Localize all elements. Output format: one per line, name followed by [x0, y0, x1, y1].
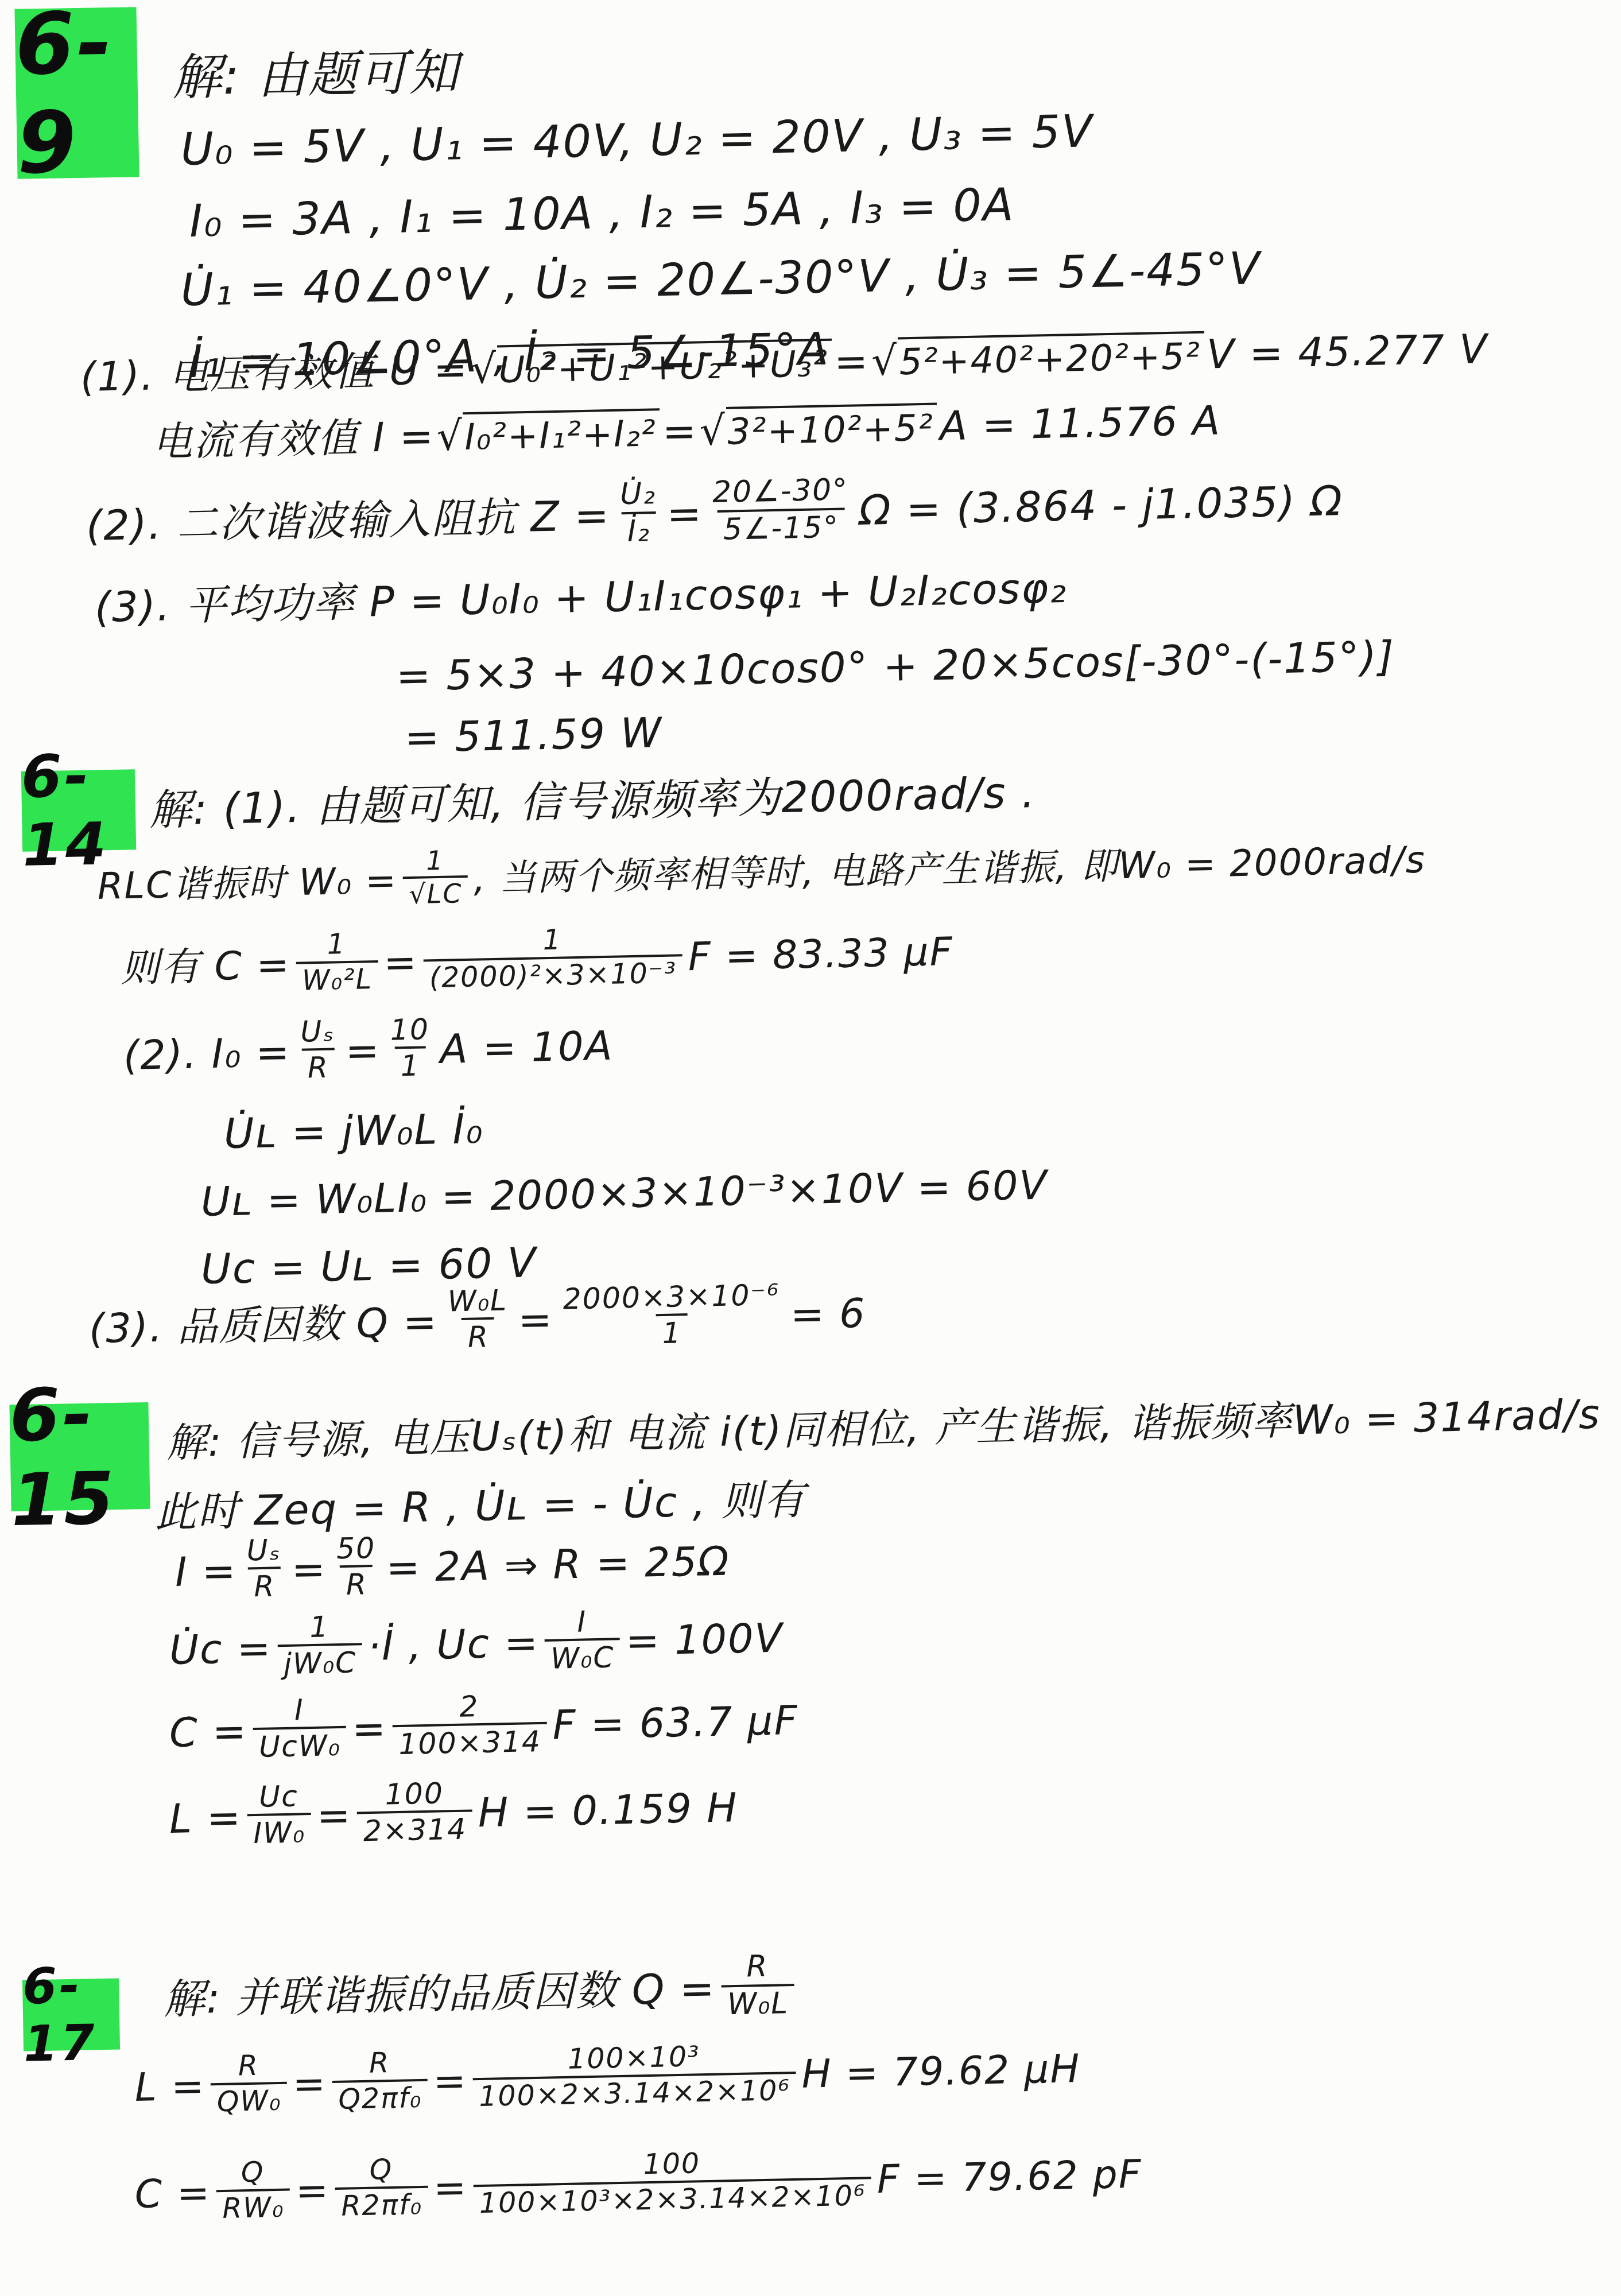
radical-sign: √ — [871, 336, 898, 385]
problem-label-6-15: 6-15 — [9, 1371, 150, 1542]
problem-tag-6-14: 6-14 — [21, 769, 136, 851]
fraction-numerator: 2 — [455, 1689, 484, 1724]
text-run: = — [433, 2058, 468, 2106]
fraction-numerator: 1 — [421, 845, 449, 876]
text-run: Ω = (3.864 - j1.035) Ω — [859, 476, 1344, 535]
fraction-numerator: 50 — [331, 1531, 380, 1566]
fraction: 2000×3×10⁻⁶1 — [558, 1278, 785, 1353]
fraction-numerator: 20∠-30° — [708, 472, 854, 510]
fraction-numerator: Q — [236, 2155, 269, 2189]
text-run: C = — [169, 1707, 247, 1757]
text-run: C = — [134, 2170, 211, 2219]
text-run: Uʟ = W₀LI₀ = 2000×3×10⁻³×10V = 60V — [200, 1161, 1048, 1226]
fraction-denominator: R — [301, 1048, 335, 1085]
fraction-denominator: W₀L — [722, 1984, 795, 2023]
fraction: 1√LC — [402, 844, 468, 910]
problem-tag-6-15: 6-15 — [9, 1402, 150, 1511]
fraction-denominator: QW₀ — [211, 2081, 288, 2118]
fraction-numerator: 1 — [305, 1609, 334, 1644]
text-run: 解: 信号源, 电压Uₛ(t)和 电流 i(t)同相位, 产生谐振, 谐振频率W… — [166, 1390, 1601, 1467]
p615-condition-line: 此时 Zeq = R , U̇ʟ = - U̇ᴄ , 则有 — [154, 1475, 806, 1537]
fraction-denominator: RW₀ — [216, 2188, 290, 2225]
radicand: 5²+40²+20²+5² — [898, 331, 1205, 384]
homework-page: 6-9 解: 由题可知 U₀ = 5V , U₁ = 40V, U₂ = 20V… — [0, 0, 1621, 2296]
fraction: UₛR — [242, 1533, 286, 1604]
fraction-denominator: 100×314 — [393, 1722, 548, 1762]
radicand: I₀²+I₁²+I₂² — [463, 408, 660, 459]
text-run: = 5×3 + 40×10cos0° + 20×5cos[-30°-(-15°)… — [395, 631, 1395, 701]
problem-label-6-9: 6-9 — [14, 0, 139, 193]
text-run: (1). 电压有效值 U = — [80, 345, 469, 401]
problem-tag-6-9: 6-9 — [14, 7, 139, 179]
square-root: √3²+10²+5² — [699, 402, 938, 455]
fraction: UₛR — [296, 1014, 340, 1085]
text-run: (3). 平均功率 P = U₀I₀ + U₁I₁cosφ₁ + U₂I₂cos… — [94, 563, 1068, 632]
square-root: √U₀²+U₁²+U₂²+U₃² — [470, 338, 832, 394]
fraction-denominator: 100×10³×2×3.14×2×10⁶ — [473, 2177, 872, 2220]
text-run: 解: (1). 由题可知, 信号源频率为2000rad/s . — [149, 767, 1036, 836]
p615-inductance-line: L = UᴄIW₀ = 1002×314 H = 0.159 H — [169, 1775, 739, 1857]
text-run: = 100V — [625, 1614, 784, 1665]
fraction: QR2πf₀ — [335, 2152, 429, 2223]
text-run: RLC谐振时 W₀ = — [97, 859, 397, 909]
p614-capacitance-line: 则有 C = 1W₀²L = 1(2000)²×3×10⁻³ F = 83.33… — [120, 920, 954, 1006]
fraction-denominator: (2000)²×3×10⁻³ — [423, 954, 682, 995]
fraction: 50R — [331, 1531, 381, 1603]
p69-intro-line: 解: 由题可知 — [172, 43, 460, 108]
fraction-numerator: R — [233, 2049, 263, 2083]
text-run: 解: 由题可知 — [172, 43, 460, 108]
fraction: 1jW₀C — [277, 1609, 363, 1681]
p69-u-values-line: U₀ = 5V , U₁ = 40V, U₂ = 20V , U₃ = 5V — [180, 105, 1093, 177]
fraction-denominator: R — [462, 1317, 495, 1355]
fraction-numerator: 10 — [385, 1012, 434, 1047]
text-run: ·İ , Uᴄ = — [367, 1619, 540, 1670]
fraction-denominator: 1 — [656, 1314, 688, 1351]
text-run: = — [666, 488, 703, 539]
p69-part1-current-rms-line: 电流有效值 I = √I₀²+I₁²+I₂² = √3²+10²+5² A = … — [152, 397, 1221, 466]
text-run: A = 10A — [440, 1021, 614, 1073]
p69-u-phasors-line: U̇₁ = 40∠0°V , U̇₂ = 20∠-30°V , U̇₃ = 5∠… — [180, 242, 1262, 317]
p614-ul-phasor-line: U̇ʟ = jW₀L İ₀ — [223, 1104, 484, 1158]
fraction: 1W₀²L — [295, 927, 378, 997]
text-run: F = 83.33 μF — [688, 929, 954, 981]
fraction-numerator: U̇₂ — [615, 476, 661, 513]
fraction-numerator: Uₛ — [242, 1533, 286, 1568]
text-run: V = 45.277 V — [1206, 325, 1488, 379]
text-run: 此时 Zeq = R , U̇ʟ = - U̇ᴄ , 则有 — [154, 1475, 806, 1537]
fraction-denominator: 1 — [394, 1046, 426, 1084]
text-run: = — [351, 1704, 387, 1753]
text-run: I₀ = 3A , I₁ = 10A , I₂ = 5A , I₃ = 0A — [189, 179, 1015, 249]
fraction-denominator: 2×314 — [357, 1810, 473, 1848]
text-run: H = 0.159 H — [478, 1783, 739, 1837]
p617-inductance-line: L = RQW₀ = RQ2πf₀ = 100×10³100×2×3.14×2×… — [134, 2037, 1081, 2125]
p614-part3-q-factor-line: (3). 品质因数 Q = W₀LR = 2000×3×10⁻⁶1 = 6 — [88, 1281, 867, 1367]
fraction-denominator: 100×2×3.14×2×10⁶ — [473, 2072, 797, 2113]
fraction-numerator: I — [289, 1693, 309, 1727]
text-run: (3). 品质因数 Q = — [88, 1297, 438, 1352]
fraction-numerator: I — [572, 1604, 592, 1639]
radical-sign: √ — [470, 344, 498, 393]
fraction-numerator: 100 — [380, 1776, 448, 1812]
p69-part3-result-line: = 511.59 W — [404, 708, 663, 762]
text-run: = — [291, 1545, 327, 1593]
text-run: A = 11.576 A — [939, 397, 1221, 451]
text-run: H = 79.62 μH — [801, 2046, 1081, 2098]
fraction-numerator: 1 — [538, 923, 567, 957]
problem-tag-6-17: 6-17 — [22, 1979, 120, 2051]
fraction-denominator: 5∠-15° — [717, 508, 845, 548]
fraction-denominator: W₀C — [545, 1638, 621, 1676]
p615-capacitance-line: C = IUᴄW₀ = 2100×314 F = 63.7 μF — [169, 1688, 799, 1771]
fraction: QRW₀ — [216, 2155, 290, 2225]
radical-sign: √ — [699, 406, 727, 455]
fraction-numerator: Uᴄ — [254, 1779, 304, 1814]
fraction-numerator: 1 — [322, 928, 351, 961]
text-run: = 511.59 W — [404, 708, 663, 762]
fraction-numerator: Q — [364, 2153, 398, 2187]
text-run: L = — [169, 1793, 242, 1843]
fraction-numerator: 2000×3×10⁻⁶ — [558, 1278, 785, 1316]
fraction: 1(2000)²×3×10⁻³ — [422, 921, 683, 995]
p614-rlc-resonance-line: RLC谐振时 W₀ = 1√LC , 当两个频率相等时, 电路产生谐振, 即W₀… — [97, 830, 1426, 921]
text-run: I = — [174, 1546, 237, 1596]
text-run: = — [345, 1026, 381, 1075]
p617-capacitance-line: C = QRW₀ = QR2πf₀ = 100100×10³×2×3.14×2×… — [134, 2143, 1143, 2232]
fraction: RQW₀ — [210, 2049, 288, 2119]
fraction-denominator: UᴄW₀ — [253, 1726, 347, 1764]
fraction-denominator: √LC — [403, 875, 468, 910]
text-run: = 2A ⇒ R = 25Ω — [386, 1537, 730, 1592]
text-run: , 当两个频率相等时, 电路产生谐振, 即W₀ = 2000rad/s — [473, 838, 1426, 901]
p69-part2-impedance-line: (2). 二次谐波输入阻抗 Z = U̇₂İ₂ = 20∠-30°5∠-15° … — [86, 467, 1344, 565]
p69-part3-calc-line: = 5×3 + 40×10cos0° + 20×5cos[-30°-(-15°)… — [395, 631, 1395, 701]
text-run: = — [833, 337, 869, 386]
p69-part3-power-line: (3). 平均功率 P = U₀I₀ + U₁I₁cosφ₁ + U₂I₂cos… — [94, 563, 1068, 632]
radical-sign: √ — [436, 412, 464, 460]
p614-ul-value-line: Uʟ = W₀LI₀ = 2000×3×10⁻³×10V = 60V — [200, 1161, 1048, 1226]
p614-header-line: 解: (1). 由题可知, 信号源频率为2000rad/s . — [149, 767, 1036, 836]
p615-uc-phasor-line: U̇ᴄ = 1jW₀C·İ , Uᴄ = IW₀C = 100V — [169, 1605, 784, 1688]
fraction-numerator: R — [742, 1949, 773, 1985]
fraction: 20∠-30°5∠-15° — [708, 472, 854, 548]
text-run: L = — [134, 2064, 205, 2112]
fraction-numerator: Uₛ — [296, 1014, 340, 1049]
p614-part2-current-line: (2). I₀ = UₛR = 101 A = 10A — [123, 1013, 614, 1093]
text-run: (2). I₀ = — [123, 1028, 291, 1080]
text-run: = — [295, 2168, 330, 2216]
fraction-denominator: R — [340, 1565, 373, 1603]
text-run: U̇ᴄ = — [169, 1624, 272, 1674]
fraction: 100×10³100×2×3.14×2×10⁶ — [472, 2038, 797, 2113]
fraction: RW₀L — [720, 1949, 794, 2023]
fraction-denominator: R — [248, 1567, 281, 1604]
fraction-numerator: R — [364, 2046, 395, 2080]
text-run: (2). 二次谐波输入阻抗 Z = — [86, 490, 611, 550]
text-run: U̇₁ = 40∠0°V , U̇₂ = 20∠-30°V , U̇₃ = 5∠… — [180, 242, 1262, 317]
fraction-denominator: IW₀ — [247, 1813, 312, 1851]
radicand: U₀²+U₁²+U₂²+U₃² — [497, 339, 832, 392]
text-run: = 6 — [790, 1289, 866, 1339]
text-run: U̇ʟ = jW₀L İ₀ — [223, 1104, 484, 1158]
fraction-denominator: R2πf₀ — [335, 2186, 429, 2223]
p69-i-values-line: I₀ = 3A , I₁ = 10A , I₂ = 5A , I₃ = 0A — [189, 179, 1015, 249]
text-run: F = 63.7 μF — [552, 1696, 799, 1750]
fraction: RQ2πf₀ — [332, 2046, 428, 2116]
text-run: 解: 并联谐振的品质因数 Q = — [163, 1963, 716, 2024]
fraction: U̇₂İ₂ — [615, 476, 662, 550]
text-run: = — [316, 1791, 352, 1840]
text-run: 则有 C = — [120, 942, 290, 992]
text-run: F = 79.62 pF — [877, 2151, 1142, 2204]
fraction: 2100×314 — [392, 1688, 548, 1762]
fraction: W₀LR — [443, 1283, 513, 1355]
fraction: UᴄIW₀ — [246, 1779, 311, 1851]
fraction: 1002×314 — [356, 1775, 473, 1848]
text-run: U₀ = 5V , U₁ = 40V, U₂ = 20V , U₃ = 5V — [180, 105, 1093, 177]
problem-label-6-17: 6-17 — [22, 1957, 120, 2073]
text-run: = — [292, 2061, 327, 2109]
p617-header-line: 解: 并联谐振的品质因数 Q = RW₀L — [163, 1953, 801, 2039]
fraction: IUᴄW₀ — [252, 1692, 347, 1764]
fraction: IW₀C — [544, 1604, 621, 1676]
p615-header-line: 解: 信号源, 电压Uₛ(t)和 电流 i(t)同相位, 产生谐振, 谐振频率W… — [166, 1390, 1601, 1467]
text-run: = — [518, 1295, 553, 1344]
fraction-denominator: W₀²L — [296, 960, 378, 998]
fraction: 100100×10³×2×3.14×2×10⁶ — [472, 2143, 872, 2220]
fraction-denominator: Q2πf₀ — [332, 2079, 428, 2116]
fraction-denominator: jW₀C — [277, 1643, 362, 1681]
text-run: = — [433, 2165, 468, 2213]
square-root: √I₀²+I₁²+I₂² — [436, 408, 661, 460]
fraction-numerator: 100×10³ — [563, 2040, 705, 2076]
fraction: 101 — [385, 1012, 435, 1084]
fraction-numerator: W₀L — [443, 1283, 512, 1318]
radicand: 3²+10²+5² — [726, 403, 938, 454]
text-run: = — [383, 940, 418, 987]
text-run: = — [662, 407, 697, 456]
p615-current-resistance-line: I = UₛR = 50R = 2A ⇒ R = 25Ω — [174, 1529, 731, 1610]
square-root: √5²+40²+20²+5² — [871, 331, 1205, 386]
text-run: 电流有效值 I = — [152, 412, 435, 466]
fraction-denominator: İ₂ — [621, 511, 656, 549]
fraction-numerator: 100 — [638, 2147, 705, 2181]
